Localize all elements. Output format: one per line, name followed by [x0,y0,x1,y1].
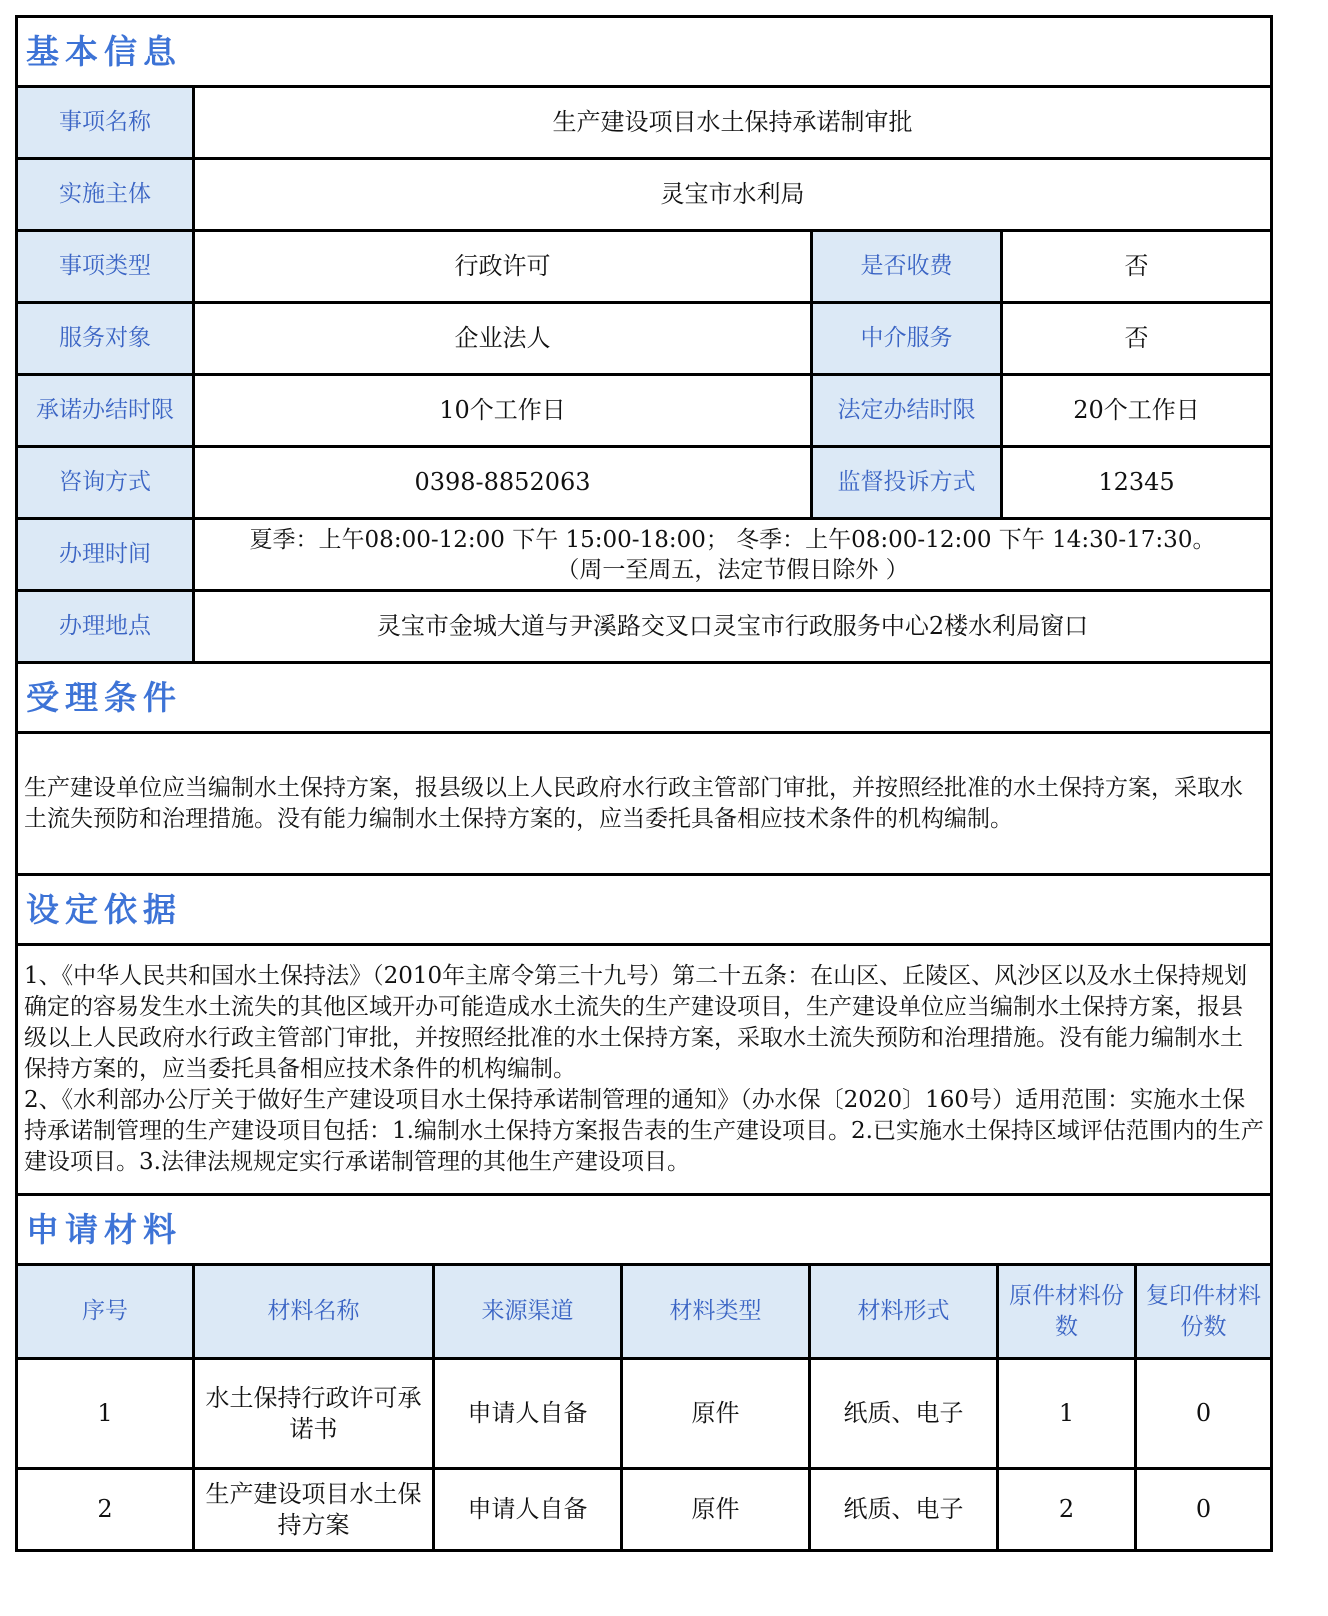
complaint-value: 12345 [1000,448,1270,517]
row-item-name: 事项名称 生产建设项目水土保持承诺制审批 [15,85,1273,157]
type-label: 事项类型 [18,232,192,301]
section-title: 受理条件 [18,682,1270,713]
section-basic-info: 基本信息 [15,15,1273,85]
section-basis: 设定依据 [15,873,1273,943]
row-contact: 咨询方式 0398-8852063 监督投诉方式 12345 [15,445,1273,517]
material-index: 2 [18,1470,192,1549]
conditions-text: 生产建设单位应当编制水土保持方案，报县级以上人民政府水行政主管部门审批，并按照经… [18,734,1270,873]
row-type-fee: 事项类型 行政许可 是否收费 否 [15,229,1273,301]
location-value: 灵宝市金城大道与尹溪路交叉口灵宝市行政服务中心2楼水利局窗口 [192,592,1270,661]
section-title: 设定依据 [18,894,1270,925]
materials-header-row: 序号 材料名称 来源渠道 材料类型 材料形式 原件材料份数 复印件材料份数 [15,1263,1273,1357]
table-row: 2 生产建设项目水土保持方案 申请人自备 原件 纸质、电子 2 0 [15,1467,1273,1552]
legal-limit-label: 法定办结时限 [810,376,1000,445]
hours-line-1: 夏季：上午08:00-12:00 下午 15:00-18:00； 冬季：上午08… [250,525,1216,555]
hours-line-2: （周一至周五，法定节假日除外 ） [556,555,908,585]
complaint-label: 监督投诉方式 [810,448,1000,517]
col-header-form: 材料形式 [808,1266,996,1357]
material-original-count: 1 [996,1360,1134,1467]
target-value: 企业法人 [192,304,810,373]
material-type: 原件 [620,1360,808,1467]
row-location: 办理地点 灵宝市金城大道与尹溪路交叉口灵宝市行政服务中心2楼水利局窗口 [15,589,1273,661]
row-conditions: 生产建设单位应当编制水土保持方案，报县级以上人民政府水行政主管部门审批，并按照经… [15,731,1273,873]
fee-value: 否 [1000,232,1270,301]
section-materials: 申请材料 [15,1193,1273,1263]
row-subject: 实施主体 灵宝市水利局 [15,157,1273,229]
agency-value: 否 [1000,304,1270,373]
service-guide-table: 基本信息 事项名称 生产建设项目水土保持承诺制审批 实施主体 灵宝市水利局 事项… [15,15,1273,1552]
material-copy-count: 0 [1134,1470,1270,1549]
basis-item-1: 1、《中华人民共和国水土保持法》（2010年主席令第三十九号）第二十五条：在山区… [24,961,1264,1085]
col-header-type: 材料类型 [620,1266,808,1357]
target-label: 服务对象 [18,304,192,373]
table-row: 1 水土保持行政许可承诺书 申请人自备 原件 纸质、电子 1 0 [15,1357,1273,1467]
item-name-label: 事项名称 [18,88,192,157]
agency-label: 中介服务 [810,304,1000,373]
hours-label: 办理时间 [18,520,192,589]
promise-limit-label: 承诺办结时限 [18,376,192,445]
basis-item-2: 2、《水利部办公厅关于做好生产建设项目水土保持承诺制管理的通知》（办水保〔202… [24,1085,1264,1178]
material-original-count: 2 [996,1470,1134,1549]
col-header-copy-count: 复印件材料份数 [1134,1266,1270,1357]
subject-value: 灵宝市水利局 [192,160,1270,229]
section-title: 申请材料 [18,1214,1270,1245]
promise-limit-value: 10个工作日 [192,376,810,445]
item-name-value: 生产建设项目水土保持承诺制审批 [192,88,1270,157]
basis-text: 1、《中华人民共和国水土保持法》（2010年主席令第三十九号）第二十五条：在山区… [18,946,1270,1193]
material-type: 原件 [620,1470,808,1549]
col-header-index: 序号 [18,1266,192,1357]
consult-value: 0398-8852063 [192,448,810,517]
material-copy-count: 0 [1134,1360,1270,1467]
consult-label: 咨询方式 [18,448,192,517]
material-name: 水土保持行政许可承诺书 [192,1360,432,1467]
location-label: 办理地点 [18,592,192,661]
row-basis: 1、《中华人民共和国水土保持法》（2010年主席令第三十九号）第二十五条：在山区… [15,943,1273,1193]
col-header-original-count: 原件材料份数 [996,1266,1134,1357]
material-index: 1 [18,1360,192,1467]
section-conditions: 受理条件 [15,661,1273,731]
material-name: 生产建设项目水土保持方案 [192,1470,432,1549]
material-source: 申请人自备 [432,1470,620,1549]
fee-label: 是否收费 [810,232,1000,301]
col-header-source: 来源渠道 [432,1266,620,1357]
material-form: 纸质、电子 [808,1470,996,1549]
row-time-limits: 承诺办结时限 10个工作日 法定办结时限 20个工作日 [15,373,1273,445]
section-title: 基本信息 [18,36,1270,67]
material-source: 申请人自备 [432,1360,620,1467]
row-hours: 办理时间 夏季：上午08:00-12:00 下午 15:00-18:00； 冬季… [15,517,1273,589]
hours-value: 夏季：上午08:00-12:00 下午 15:00-18:00； 冬季：上午08… [192,520,1270,589]
type-value: 行政许可 [192,232,810,301]
material-form: 纸质、电子 [808,1360,996,1467]
col-header-name: 材料名称 [192,1266,432,1357]
legal-limit-value: 20个工作日 [1000,376,1270,445]
row-target-agency: 服务对象 企业法人 中介服务 否 [15,301,1273,373]
subject-label: 实施主体 [18,160,192,229]
